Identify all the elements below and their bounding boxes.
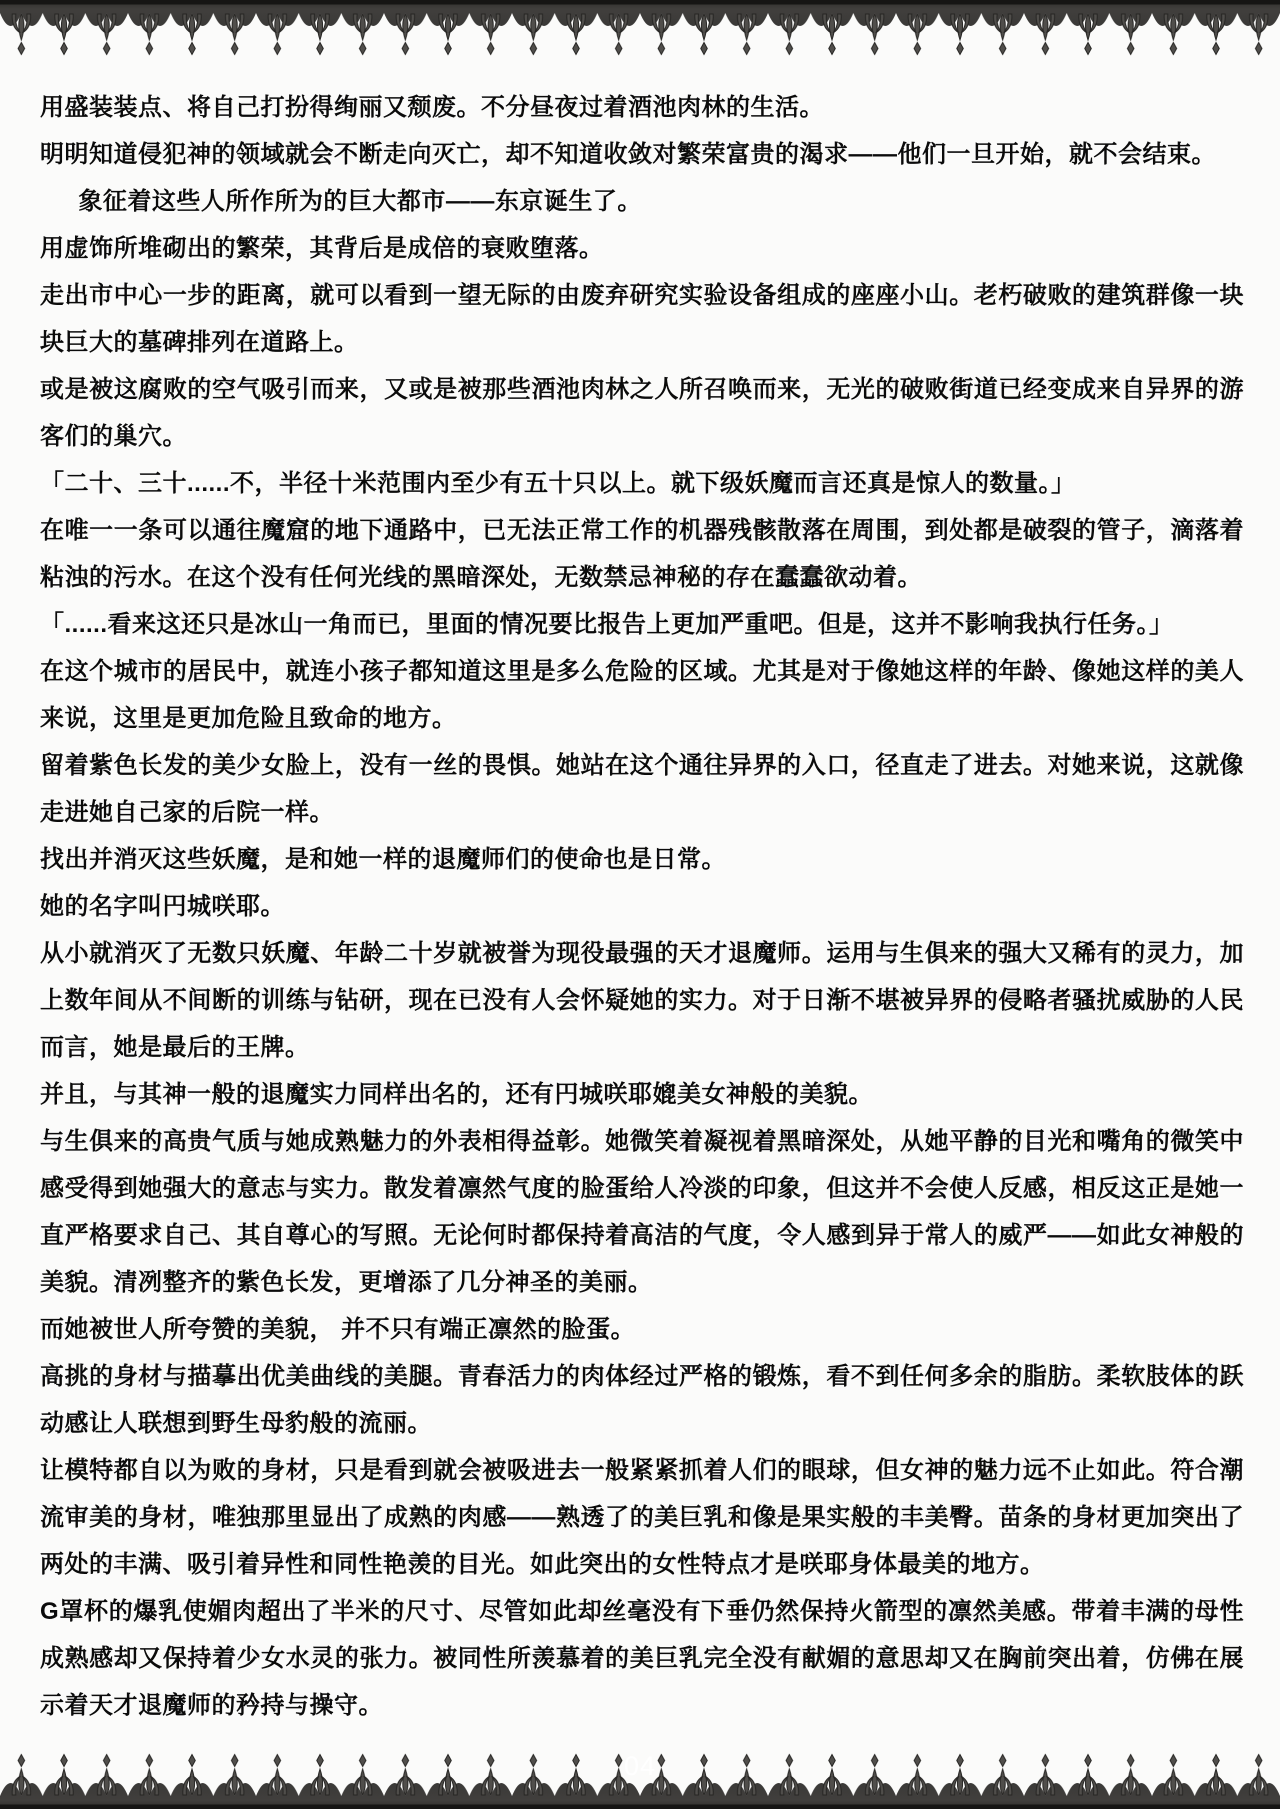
page-number: 04 [0,1753,1280,1780]
paragraph: 「......看来这还只是冰山一角而已，里面的情况要比报告上更加严重吧。但是，这… [40,601,1244,648]
paragraph: 从小就消灭了无数只妖魔、年龄二十岁就被誉为现役最强的天才退魔师。运用与生俱来的强… [40,930,1244,1071]
paragraph: 并且，与其神一般的退魔实力同样出名的，还有円城咲耶媲美女神般的美貌。 [40,1071,1244,1118]
paragraph: 与生俱来的高贵气质与她成熟魅力的外表相得益彰。她微笑着凝视着黑暗深处，从她平静的… [40,1118,1244,1306]
ornamental-border-bottom: 04 [0,1751,1280,1809]
paragraph: 象征着这些人所作所为的巨大都市——东京诞生了。 [40,178,1244,225]
paragraph: G罩杯的爆乳使媚肉超出了半米的尺寸、尽管如此却丝毫没有下垂仍然保持火箭型的凛然美… [40,1588,1244,1729]
paragraph: 留着紫色长发的美少女脸上，没有一丝的畏惧。她站在这个通往异界的入口，径直走了进去… [40,742,1244,836]
paragraph: 用盛装装点、将自己打扮得绚丽又颓废。不分昼夜过着酒池肉林的生活。 [40,84,1244,131]
paragraph: 在这个城市的居民中，就连小孩子都知道这里是多么危险的区域。尤其是对于像她这样的年… [40,648,1244,742]
fleur-de-lis-border-icon [0,0,1280,58]
document-page: 用盛装装点、将自己打扮得绚丽又颓废。不分昼夜过着酒池肉林的生活。明明知道侵犯神的… [0,0,1280,1809]
paragraph: 高挑的身材与描摹出优美曲线的美腿。青春活力的肉体经过严格的锻炼，看不到任何多余的… [40,1353,1244,1447]
paragraph: 「二十、三十......不，半径十米范围内至少有五十只以上。就下级妖魔而言还真是… [40,460,1244,507]
paragraph: 让模特都自以为败的身材，只是看到就会被吸进去一般紧紧抓着人们的眼球，但女神的魅力… [40,1447,1244,1588]
paragraph: 走出市中心一步的距离，就可以看到一望无际的由废弃研究实验设备组成的座座小山。老朽… [40,272,1244,366]
paragraph: 用虚饰所堆砌出的繁荣，其背后是成倍的衰败堕落。 [40,225,1244,272]
paragraph: 而她被世人所夸赞的美貌， 并不只有端正凛然的脸蛋。 [40,1306,1244,1353]
paragraph: 在唯一一条可以通往魔窟的地下通路中，已无法正常工作的机器残骸散落在周围，到处都是… [40,507,1244,601]
paragraph: 明明知道侵犯神的领域就会不断走向灭亡，却不知道收敛对繁荣富贵的渴求——他们一旦开… [40,131,1244,178]
paragraph: 她的名字叫円城咲耶。 [40,883,1244,930]
paragraph: 或是被这腐败的空气吸引而来，又或是被那些酒池肉林之人所召唤而来，无光的破败街道已… [40,366,1244,460]
body-text: 用盛装装点、将自己打扮得绚丽又颓废。不分昼夜过着酒池肉林的生活。明明知道侵犯神的… [40,84,1244,1729]
ornamental-border-top [0,0,1280,58]
paragraph: 找出并消灭这些妖魔，是和她一样的退魔师们的使命也是日常。 [40,836,1244,883]
